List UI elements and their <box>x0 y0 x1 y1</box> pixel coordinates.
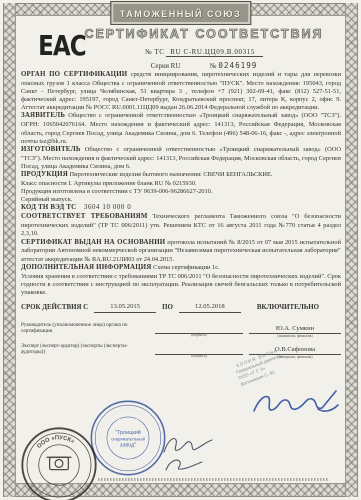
section-product-title: ПРОДУКЦИЯ <box>21 171 68 178</box>
section-conformity-title: СООТВЕТСТВУЕТ ТРЕБОВАНИЯМ <box>21 213 148 220</box>
product-line-3: Продукция изготовлена в соответствии с Т… <box>21 188 212 195</box>
validity-date-from: 13.05.2015 <box>94 303 156 312</box>
signature-head-caption: (подпись) <box>191 333 207 338</box>
section-additional-info-title: ДОПОЛНИТЕЛЬНАЯ ИНФОРМАЦИЯ <box>21 264 152 271</box>
certificate-number-label: № ТС <box>145 48 164 56</box>
certificate-title: СЕРТИФИКАТ СООТВЕТСТВИЯ <box>67 26 341 42</box>
border-pattern-right <box>345 3 358 497</box>
validity-to-label: ПО <box>162 304 173 313</box>
head-signature <box>158 432 218 456</box>
series-label: Серия RU <box>151 62 181 70</box>
signature-head-line: (подпись) <box>155 323 243 334</box>
section-manufacturer: ИЗГОТОВИТЕЛЬ Общество с ограниченной отв… <box>21 146 341 171</box>
section-applicant: ЗАЯВИТЕЛЬ Общество с ограниченной ответс… <box>21 112 341 145</box>
microprint-line <box>98 478 329 481</box>
border-pattern-left <box>3 3 16 497</box>
certificate-page: ТАМОЖЕННЫЙ СОЮЗ ЕАС СЕРТИФИКАТ СООТВЕТСТ… <box>0 0 361 500</box>
section-tnved-code: КОД ТН ВЭД ТС 3604 10 000 0 <box>21 204 341 213</box>
section-additional-info: ДОПОЛНИТЕЛЬНАЯ ИНФОРМАЦИЯ Схема сертифик… <box>21 264 341 297</box>
series-number: 0246199 <box>218 61 257 70</box>
section-applicant-title: ЗАЯВИТЕЛЬ <box>21 112 65 119</box>
section-certification-body-title: ОРГАН ПО СЕРТИФИКАЦИИ <box>21 71 127 78</box>
validity-from-label: СРОК ДЕЙСТВИЯ С <box>21 304 88 313</box>
blue-stamp-line1: "Троицкий <box>115 429 141 436</box>
section-certification-body: ОРГАН ПО СЕРТИФИКАЦИИ средств инициирова… <box>21 71 341 113</box>
validity-date-to: 12.05.2018 <box>179 303 241 312</box>
director-signature <box>248 383 343 421</box>
customs-union-label: ТАМОЖЕННЫЙ СОЮЗ <box>120 9 241 19</box>
section-applicant-text: Общество с ограниченной ответственностью… <box>21 112 341 144</box>
signature-row-expert: Эксперт (эксперт-аудитор) (эксперты (экс… <box>21 343 341 355</box>
section-basis: СЕРТИФИКАТ ВЫДАН НА ОСНОВАНИИ протокола … <box>21 239 341 264</box>
customs-union-badge: ТАМОЖЕННЫЙ СОЮЗ <box>110 1 251 25</box>
section-basis-text2: аттестат аккредитации № RA.RU.21ЛИ03 от … <box>21 256 174 263</box>
certificate-number-value: RU C-RU.ЦЦ09.В.00315 <box>166 48 263 57</box>
section-product: ПРОДУКЦИЯ Пиротехнические изделия бытово… <box>21 171 341 204</box>
section-basis-title: СЕРТИФИКАТ ВЫДАН НА ОСНОВАНИИ <box>21 239 165 246</box>
black-stamp-emblem <box>47 457 72 469</box>
signature-head-label: Руководитель (уполномоченное лицо) орган… <box>21 322 149 334</box>
blue-stamp-line2: снаряжательный <box>111 436 146 441</box>
signature-expert-caption: (подпись) <box>191 354 207 359</box>
manufacturer-round-stamp: · · · · · · · · · · · · · · · · · · · · … <box>87 399 169 477</box>
additional-text: Условия хранения в соответствии с требов… <box>21 273 341 296</box>
certificate-number-line: № ТС RU C-RU.ЦЦ09.В.00315 <box>67 48 341 57</box>
additional-scheme: Схема сертификации 1с. <box>153 264 220 271</box>
series-line: Серия RU № 0246199 <box>67 61 341 71</box>
series-no-label: № <box>210 62 217 70</box>
product-line-4: Серийный выпуск. <box>21 196 72 203</box>
signature-expert-line: (подпись) <box>155 344 243 355</box>
signature-row-head: Руководитель (уполномоченное лицо) орган… <box>21 322 341 334</box>
product-line-2: Класс опасности I. Артикулы приложение б… <box>21 180 197 187</box>
blue-stamp-line3: завод" <box>120 443 136 449</box>
tnved-code-value: 3604 10 000 0 <box>78 204 131 211</box>
validity-inclusive-label: ВКЛЮЧИТЕЛЬНО <box>257 304 319 313</box>
signature-head-name-caption: (инициалы, фамилия) <box>277 334 312 339</box>
section-conformity: СООТВЕТСТВУЕТ ТРЕБОВАНИЯМ Технического р… <box>21 213 341 238</box>
product-line-1: Пиротехнические изделия бытового назначе… <box>70 171 273 178</box>
certificate-header: СЕРТИФИКАТ СООТВЕТСТВИЯ № ТС RU C-RU.ЦЦ0… <box>21 26 341 71</box>
validity-row: СРОК ДЕЙСТВИЯ С 13.05.2015 ПО 12.05.2018… <box>21 303 341 312</box>
signature-head-name: Ю.А. Сумкин (инициалы, фамилия) <box>249 325 341 334</box>
signature-expert-label: Эксперт (эксперт-аудитор) (эксперты (экс… <box>21 343 149 355</box>
tnved-code-title: КОД ТН ВЭД ТС <box>21 204 76 211</box>
section-manufacturer-title: ИЗГОТОВИТЕЛЬ <box>21 146 81 153</box>
expert-signature <box>160 456 206 474</box>
